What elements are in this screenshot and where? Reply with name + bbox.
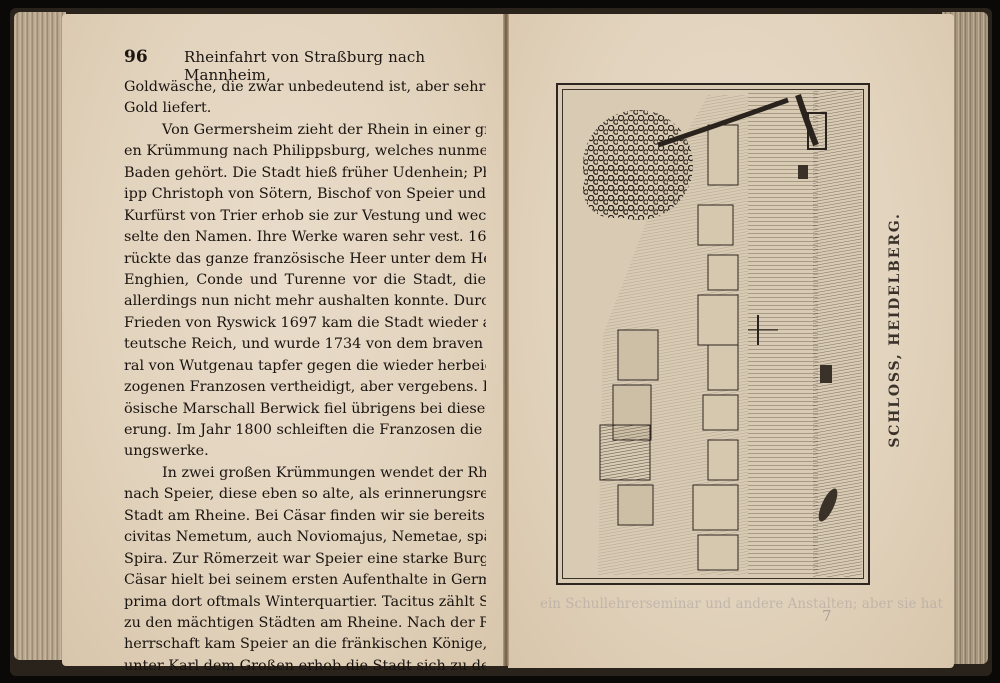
text-line: erung. Im Jahr 1800 schleiften die Franz… (124, 420, 486, 441)
body-text: Goldwäsche, die zwar unbedeutend ist, ab… (124, 77, 486, 677)
showthrough-text: ein Schullehrerseminar und andere Anstal… (540, 596, 905, 612)
text-line: ral von Wutgenau tapfer gegen die wieder… (124, 356, 486, 377)
text-line: unter Karl dem Großen erhob die Stadt si… (124, 656, 486, 677)
page-stack-left (14, 12, 66, 660)
text-line: teutsche Reich, und wurde 1734 von dem b… (124, 334, 486, 355)
text-line: prima dort oftmals Winterquartier. Tacit… (124, 592, 486, 613)
engraving-illustration (556, 83, 870, 585)
text-line: civitas Nemetum, auch Noviomajus, Nemeta… (124, 527, 486, 548)
page-number: 96 (124, 47, 148, 67)
text-line: en Krümmung nach Philippsburg, welches n… (124, 141, 486, 162)
text-line: ungswerke. (124, 441, 486, 462)
running-head: 96 Rheinfahrt von Straßburg nach Mannhei… (124, 47, 490, 67)
text-line: Stadt am Rheine. Bei Cäsar finden wir si… (124, 506, 486, 527)
plate-caption-text: SCHLOSS, HEIDELBERG. (887, 212, 903, 447)
text-line: ipp Christoph von Sötern, Bischof von Sp… (124, 184, 486, 205)
engraving-scene (558, 85, 868, 583)
text-line: Spira. Zur Römerzeit war Speier eine sta… (124, 549, 486, 570)
text-line: zu den mächtigen Städten am Rheine. Nach… (124, 613, 486, 634)
plate-caption: SCHLOSS, HEIDELBERG. (880, 200, 910, 460)
text-line: rückte das ganze französische Heer unter… (124, 249, 486, 270)
text-line: selte den Namen. Ihre Werke waren sehr v… (124, 227, 486, 248)
text-line: Cäsar hielt bei seinem ersten Aufenthalt… (124, 570, 486, 591)
text-line: Goldwäsche, die zwar unbedeutend ist, ab… (124, 77, 486, 98)
text-line: allerdings nun nicht mehr aushalten konn… (124, 291, 486, 312)
text-line: herrschaft kam Speier an die fränkischen… (124, 634, 486, 655)
text-line: ösische Marschall Berwick fiel übrigens … (124, 399, 486, 420)
book-gutter (503, 14, 509, 666)
text-line: Baden gehört. Die Stadt hieß früher Uden… (124, 163, 486, 184)
text-line: zogenen Franzosen vertheidigt, aber verg… (124, 377, 486, 398)
text-line: Frieden von Ryswick 1697 kam die Stadt w… (124, 313, 486, 334)
text-line: Von Germersheim zieht der Rhein in einer… (124, 120, 486, 141)
signature-mark: 7 (822, 607, 832, 625)
text-line: In zwei großen Krümmungen wendet der Rhe… (124, 463, 486, 484)
text-line: nach Speier, diese eben so alte, als eri… (124, 484, 486, 505)
text-line: Kurfürst von Trier erhob sie zur Vestung… (124, 206, 486, 227)
text-line: Gold liefert. (124, 98, 486, 119)
text-line: Enghien, Conde und Turenne vor die Stadt… (124, 270, 486, 291)
